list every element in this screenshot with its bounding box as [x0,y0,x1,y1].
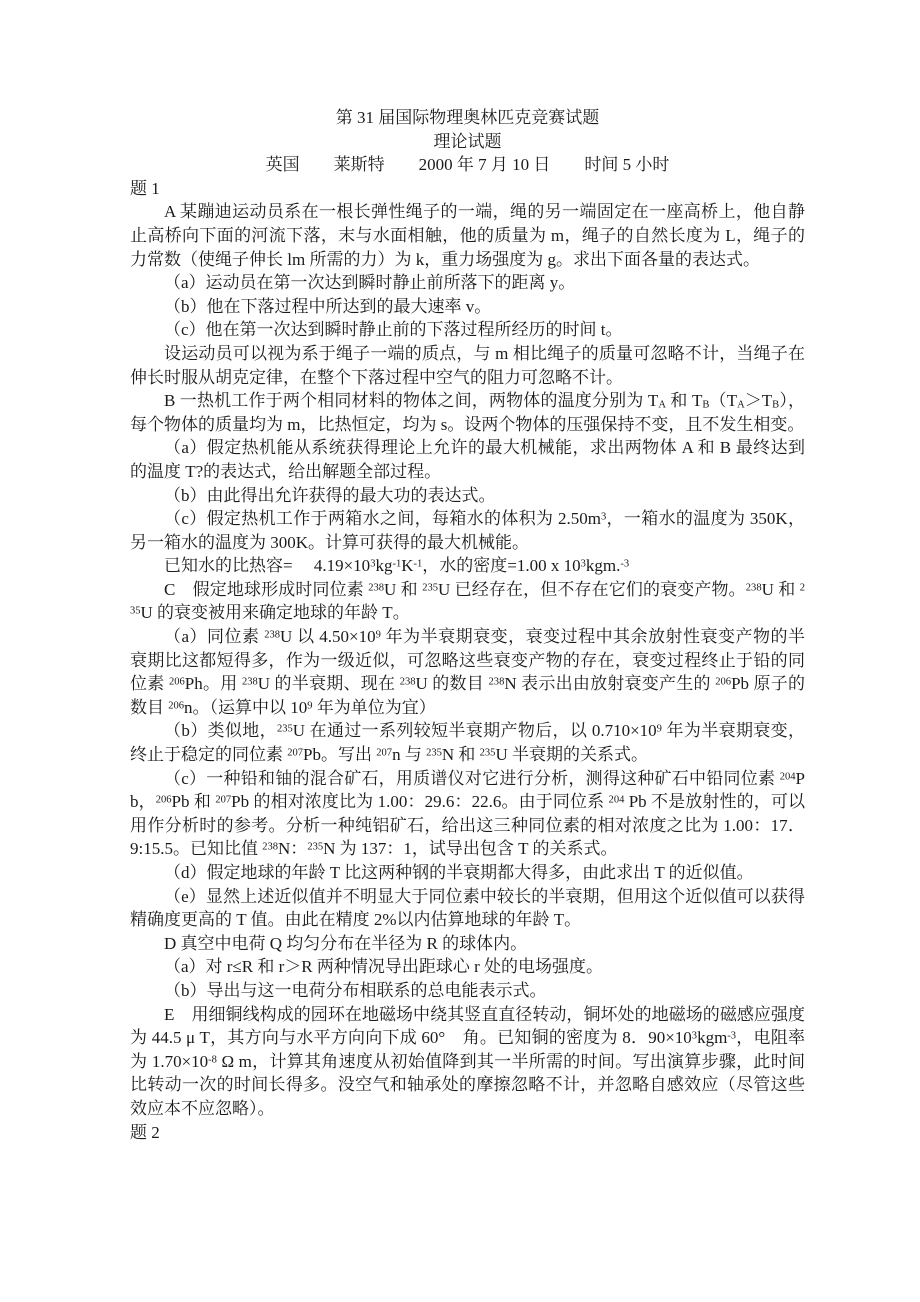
q1-b-item-b: （b）由此得出允许获得的最大功的表达式。 [130,484,805,508]
q1-c-item-c: （c）一种铅和铀的混合矿石，用质谱仪对它进行分析，测得这种矿石中铅同位素 204… [130,767,805,861]
document-page: 第 31 届国际物理奥林匹克竞赛试题 理论试题 英国 莱斯特 2000 年 7 … [0,0,920,1302]
q1-c-item-d: （d）假定地球的年龄 T 比这两种钢的半衰期都大得多，由此求出 T 的近似值。 [130,861,805,885]
q1-b-item-a: （a）假定热机能从系统获得理论上允许的最大机械能，求出两物体 A 和 B 最终达… [130,436,805,483]
q1-b-item-c: （c）假定热机工作于两箱水之间，每箱水的体积为 2.50m3，一箱水的温度为 3… [130,507,805,554]
q1-c-item-b: （b）类似地，235U 在通过一系列较短半衰期产物后，以 0.710×109 年… [130,719,805,766]
q1-a-assumptions: 设运动员可以视为系于绳子一端的质点，与 m 相比绳子的质量可忽略不计，当绳子在伸… [130,342,805,389]
document-subtitle: 理论试题 [130,130,805,154]
document-venue-line: 英国 莱斯特 2000 年 7 月 10 日 时间 5 小时 [130,153,805,177]
q1-a-item-c: （c）他在第一次达到瞬时静止前的下落过程所经历的时间 t。 [130,318,805,342]
question-2-label: 题 2 [130,1121,805,1145]
q1-part-b-intro: B 一热机工作于两个相同材料的物体之间，两物体的温度分别为 TA 和 TB（TA… [130,389,805,436]
q1-part-c-intro: C 假定地球形成时同位素 238U 和 235U 已经存在，但不存在它们的衰变产… [130,578,805,625]
q1-c-item-a: （a）同位素 238U 以 4.50×109 年为半衰期衰变，衰变过程中其余放射… [130,625,805,719]
q1-a-item-b: （b）他在下落过程中所达到的最大速率 v。 [130,295,805,319]
q1-d-item-b: （b）导出与这一电荷分布相联系的总电能表示式。 [130,979,805,1003]
q1-part-e: E 用细铜线构成的园环在地磁场中绕其竖直直径转动，铜坏处的地磁场的磁感应强度为 … [130,1003,805,1121]
document-title: 第 31 届国际物理奥林匹克竞赛试题 [130,106,805,130]
q1-part-d-intro: D 真空中电荷 Q 均匀分布在半径为 R 的球体内。 [130,932,805,956]
q1-a-item-a: （a）运动员在第一次达到瞬时静止前所落下的距离 y。 [130,271,805,295]
document-body: 题 1A 某蹦迪运动员系在一根长弹性绳子的一端，绳的另一端固定在一座高桥上，他自… [130,177,805,1144]
q1-b-constants: 已知水的比热容= 4.19×103kg-1K-1，水的密度=1.00 x 103… [130,554,805,578]
q1-c-item-e: （e）显然上述近似值并不明显大于同位素中较长的半衰期，但用这个近似值可以获得精确… [130,885,805,932]
question-1-label: 题 1 [130,177,805,201]
q1-part-a-intro: A 某蹦迪运动员系在一根长弹性绳子的一端，绳的另一端固定在一座高桥上，他自静止高… [130,200,805,271]
document-content: 第 31 届国际物理奥林匹克竞赛试题 理论试题 英国 莱斯特 2000 年 7 … [0,0,920,1144]
q1-d-item-a: （a）对 r≤R 和 r＞R 两种情况导出距球心 r 处的电场强度。 [130,955,805,979]
